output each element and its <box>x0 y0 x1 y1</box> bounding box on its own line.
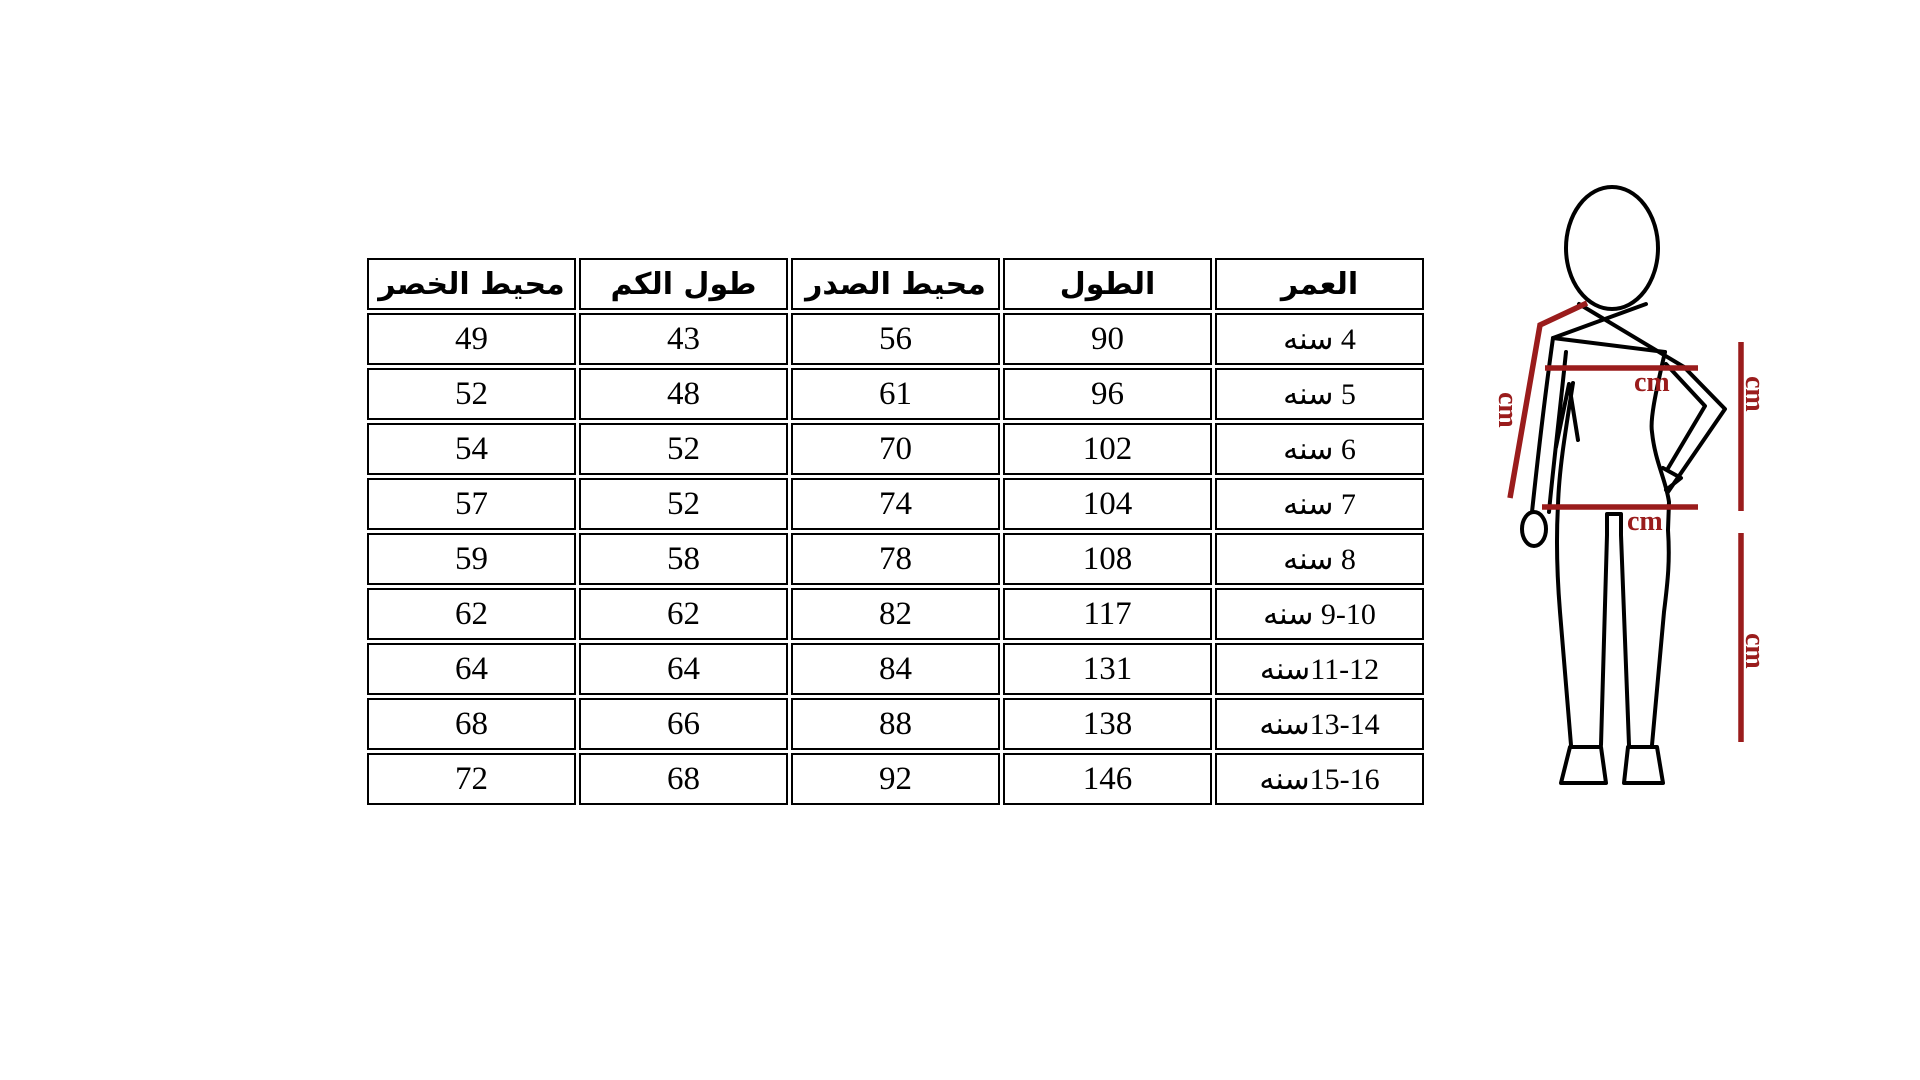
table-row: 6 سنه102705254 <box>367 423 1424 475</box>
table-row: 7 سنه104745257 <box>367 478 1424 530</box>
size-table-header-row: العمر الطول محيط الصدر طول الكم محيط الخ… <box>367 258 1424 310</box>
header-sleeve: طول الكم <box>579 258 788 310</box>
cell-sleeve: 52 <box>579 478 788 530</box>
cell-waist: 52 <box>367 368 576 420</box>
cell-waist: 62 <box>367 588 576 640</box>
figure-head <box>1566 187 1658 309</box>
cell-age: 9-10 سنه <box>1215 588 1424 640</box>
cell-waist: 59 <box>367 533 576 585</box>
table-row: 15-16سنه146926872 <box>367 753 1424 805</box>
cell-waist: 68 <box>367 698 576 750</box>
cell-sleeve: 64 <box>579 643 788 695</box>
figure-left-foot <box>1561 747 1606 783</box>
cell-chest: 84 <box>791 643 1000 695</box>
cell-age: 5 سنه <box>1215 368 1424 420</box>
cell-chest: 61 <box>791 368 1000 420</box>
cell-height: 131 <box>1003 643 1212 695</box>
cell-age: 15-16سنه <box>1215 753 1424 805</box>
cell-waist: 72 <box>367 753 576 805</box>
cell-sleeve: 52 <box>579 423 788 475</box>
figure-torso-right-and-right-leg <box>1652 352 1669 745</box>
cell-age: 13-14سنه <box>1215 698 1424 750</box>
cell-height: 108 <box>1003 533 1212 585</box>
figure-left-hand <box>1522 512 1546 546</box>
size-table: العمر الطول محيط الصدر طول الكم محيط الخ… <box>364 255 1427 808</box>
cell-chest: 82 <box>791 588 1000 640</box>
measurement-figure: cm cm cm cm cm <box>1480 140 1810 830</box>
cell-chest: 70 <box>791 423 1000 475</box>
cell-age: 6 سنه <box>1215 423 1424 475</box>
cell-sleeve: 43 <box>579 313 788 365</box>
table-row: 13-14سنه138886668 <box>367 698 1424 750</box>
cell-chest: 56 <box>791 313 1000 365</box>
table-row: 11-12سنه131846464 <box>367 643 1424 695</box>
cell-waist: 54 <box>367 423 576 475</box>
cell-age: 8 سنه <box>1215 533 1424 585</box>
cell-waist: 57 <box>367 478 576 530</box>
figure-right-foot <box>1624 747 1663 783</box>
height-lower-unit-label: cm <box>1739 633 1770 669</box>
cell-height: 117 <box>1003 588 1212 640</box>
cell-waist: 64 <box>367 643 576 695</box>
figure-right-arm-akimbo <box>1663 364 1725 492</box>
size-table-head: العمر الطول محيط الصدر طول الكم محيط الخ… <box>367 258 1424 310</box>
cell-chest: 78 <box>791 533 1000 585</box>
cell-sleeve: 68 <box>579 753 788 805</box>
cell-height: 90 <box>1003 313 1212 365</box>
cell-age: 11-12سنه <box>1215 643 1424 695</box>
cell-sleeve: 66 <box>579 698 788 750</box>
cell-height: 138 <box>1003 698 1212 750</box>
chest-unit-label: cm <box>1634 367 1670 398</box>
cell-chest: 74 <box>791 478 1000 530</box>
cell-age: 7 سنه <box>1215 478 1424 530</box>
cell-height: 102 <box>1003 423 1212 475</box>
cell-sleeve: 58 <box>579 533 788 585</box>
cell-age: 4 سنه <box>1215 313 1424 365</box>
header-age: العمر <box>1215 258 1424 310</box>
cell-height: 96 <box>1003 368 1212 420</box>
table-row: 5 سنه96614852 <box>367 368 1424 420</box>
cell-chest: 92 <box>791 753 1000 805</box>
measurement-figure-svg: cm cm cm cm cm <box>1480 140 1810 830</box>
table-row: 8 سنه108785859 <box>367 533 1424 585</box>
height-upper-unit-label: cm <box>1739 376 1770 412</box>
cell-sleeve: 62 <box>579 588 788 640</box>
header-height: الطول <box>1003 258 1212 310</box>
cell-chest: 88 <box>791 698 1000 750</box>
header-waist: محيط الخصر <box>367 258 576 310</box>
size-guide-page: العمر الطول محيط الصدر طول الكم محيط الخ… <box>0 0 1920 1080</box>
cell-height: 146 <box>1003 753 1212 805</box>
table-row: 9-10 سنه117826262 <box>367 588 1424 640</box>
waist-unit-label: cm <box>1627 506 1663 537</box>
header-chest: محيط الصدر <box>791 258 1000 310</box>
cell-waist: 49 <box>367 313 576 365</box>
sleeve-unit-label: cm <box>1492 392 1523 428</box>
cell-height: 104 <box>1003 478 1212 530</box>
table-row: 4 سنه90564349 <box>367 313 1424 365</box>
figure-inner-legs-and-crotch <box>1601 514 1629 745</box>
cell-sleeve: 48 <box>579 368 788 420</box>
size-table-body: 4 سنه905643495 سنه966148526 سنه102705254… <box>367 313 1424 805</box>
